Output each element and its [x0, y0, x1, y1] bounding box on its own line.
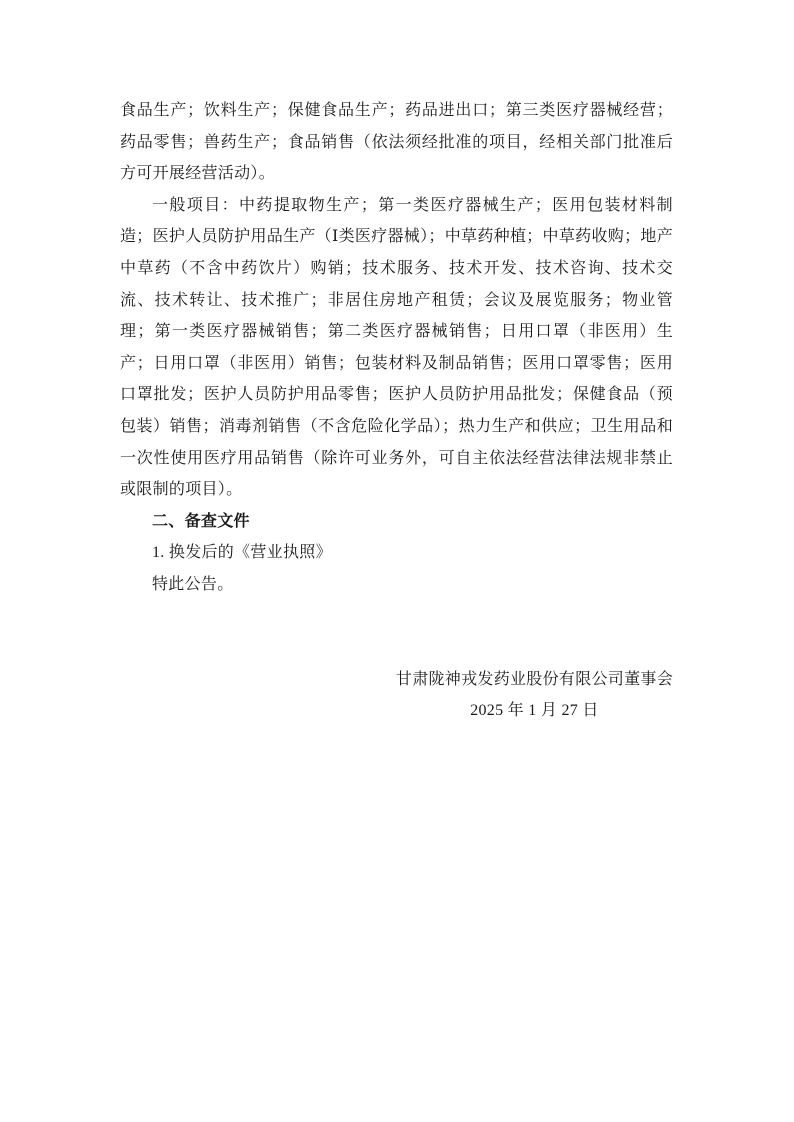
paragraph-business-scope-continued: 食品生产；饮料生产；保健食品生产；药品进出口；第三类医疗器械经营；药品零售；兽药…: [120, 95, 673, 190]
paragraph-general-items: 一般项目：中药提取物生产；第一类医疗器械生产；医用包装材料制造；医护人员防护用品…: [120, 190, 673, 506]
signature-company: 甘肃陇神戎发药业股份有限公司董事会: [396, 664, 673, 696]
document-page: 食品生产；饮料生产；保健食品生产；药品进出口；第三类医疗器械经营；药品零售；兽药…: [0, 0, 794, 1122]
signature-date: 2025 年 1 月 27 日: [396, 695, 673, 727]
document-content: 食品生产；饮料生产；保健食品生产；药品进出口；第三类医疗器械经营；药品零售；兽药…: [120, 95, 673, 727]
signature-block: 甘肃陇神戎发药业股份有限公司董事会 2025 年 1 月 27 日: [120, 664, 673, 727]
reference-item: 1. 换发后的《营业执照》: [120, 537, 673, 569]
closing-statement: 特此公告。: [120, 569, 673, 601]
section-heading: 二、备查文件: [120, 506, 673, 538]
